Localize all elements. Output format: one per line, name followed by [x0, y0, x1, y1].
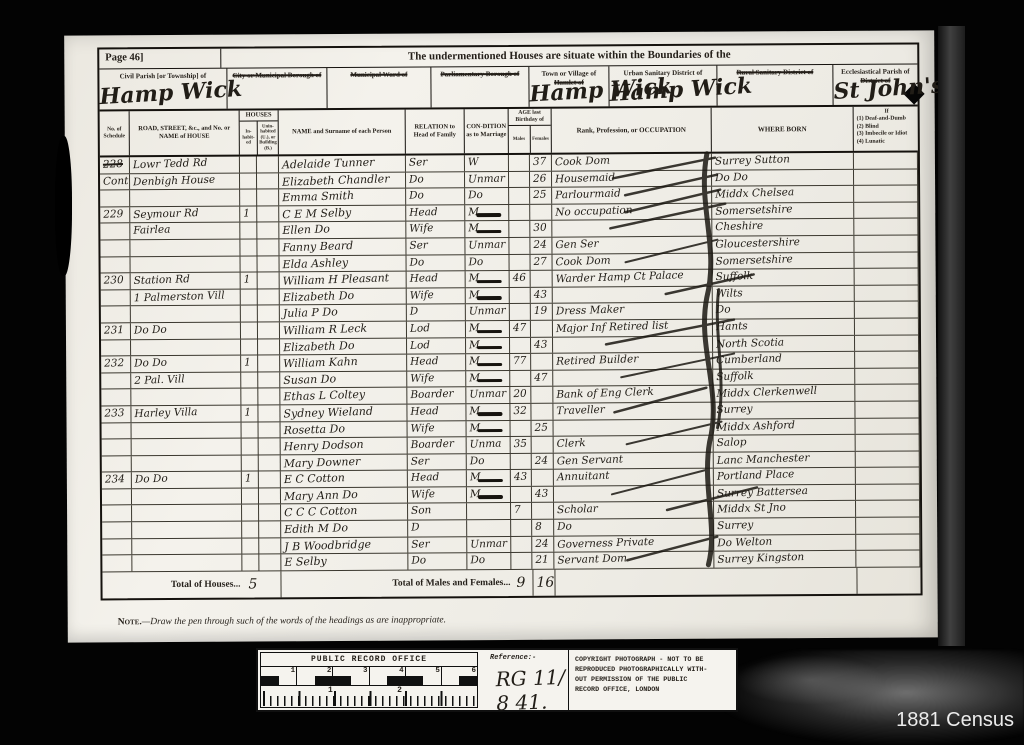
cell-oc: Scholar — [554, 502, 714, 519]
cell-nm: Ellen Do — [279, 222, 406, 238]
cell-am — [509, 188, 530, 204]
cell-af: 21 — [532, 553, 554, 569]
cell-oc: Warder Hamp Ct Palace — [553, 270, 713, 287]
handwritten-entry: Surrey Battersea — [717, 484, 808, 502]
handwritten-entry: Boarder — [410, 437, 454, 453]
handwritten-entry: Somersetshire — [715, 252, 793, 269]
reference-box: Reference:- RG 11/ 8 41. — [480, 650, 568, 710]
cell-oc: Retired Builder — [553, 353, 713, 370]
cell-ds — [855, 368, 919, 384]
cell-nm: Mary Ann Do — [281, 487, 408, 503]
cell-ih — [240, 156, 257, 172]
cell-uh — [258, 389, 280, 405]
copyright-notice: COPYRIGHT PHOTOGRAPH - NOT TO BEREPRODUC… — [568, 650, 736, 710]
cell-af — [532, 470, 554, 486]
handwritten-entry: Surrey Kingston — [717, 550, 804, 568]
handwritten-entry: Middx Chelsea — [715, 185, 794, 203]
cell-oc: Servant Dom — [554, 552, 714, 569]
cell-nm: Edith M Do — [281, 521, 408, 537]
col-males: Males — [509, 126, 531, 153]
cell-oc: Bank of Eng Clerk — [553, 386, 713, 403]
cell-af: 27 — [530, 254, 552, 270]
handwritten-entry: 30 — [533, 221, 547, 236]
handwritten-entry: Lod — [410, 321, 430, 337]
copyright-line: COPYRIGHT PHOTOGRAPH - NOT TO BE — [575, 655, 734, 665]
cell-uh — [258, 256, 280, 272]
handwritten-entry: Cook Dom — [555, 253, 611, 270]
cell-oc: Traveller — [553, 403, 713, 420]
cell-oc: Gen Servant — [554, 452, 714, 469]
cell-s: Cont — [100, 174, 130, 190]
cell-ds — [856, 551, 920, 567]
handwritten-entry: Do — [409, 255, 424, 270]
cell-rd — [132, 455, 242, 471]
cell-af — [531, 321, 553, 337]
handwritten-entry: 1 — [245, 472, 252, 487]
cell-nm: Emma Smith — [279, 189, 406, 205]
col-born: WHERE BORN — [712, 107, 854, 152]
cell-ds — [855, 318, 919, 334]
cell-oc: Do — [554, 519, 714, 536]
cell-bn: Do Do — [712, 169, 854, 185]
handwritten-entry: Surrey Sutton — [715, 152, 790, 169]
col-houses-group: HOUSES In-habit-ed Unin-habited (U.), or… — [240, 110, 279, 154]
cell-oc: Clerk — [554, 436, 714, 453]
cell-oc: Parlourmaid — [552, 187, 712, 204]
cell-uh — [259, 505, 281, 521]
cell-rd: Lowr Tedd Rd — [130, 157, 240, 173]
public-record-office-strip: PUBLIC RECORD OFFICE 123456 1 2 Referenc… — [256, 648, 738, 712]
handwritten-entry: Parlourmaid — [555, 187, 621, 204]
cell-af — [531, 354, 553, 370]
cell-bn: Gloucestershire — [712, 236, 854, 252]
col-inhabited: In-habit-ed — [240, 121, 259, 154]
total-females-value: 16 — [533, 570, 555, 596]
cell-s — [102, 556, 132, 572]
handwritten-entry: C C C Cotton — [284, 503, 358, 520]
ruler-number: 6 — [472, 667, 477, 675]
cell-rd: Do Do — [132, 472, 242, 488]
handwritten-entry: 35 — [513, 437, 527, 452]
handwritten-entry: Elizabeth Do — [283, 337, 355, 354]
cell-bn: Wilts — [713, 286, 855, 302]
handwritten-entry: Mary Downer — [284, 454, 361, 471]
cell-ih — [241, 389, 258, 405]
handwritten-entry: 27 — [533, 254, 547, 269]
handwritten-entry: Do — [470, 553, 485, 568]
handwritten-entry: Denbigh House — [133, 172, 216, 190]
cell-uh — [259, 472, 281, 488]
cell-rl: Ser — [406, 238, 465, 254]
handwritten-entry: Middx St Jno — [717, 501, 786, 518]
handwritten-entry: Station Rd — [133, 272, 190, 289]
handwritten-entry: North Scotia — [716, 335, 785, 352]
handwritten-entry: Scholar — [557, 502, 598, 518]
handwritten-entry: 1 — [243, 206, 250, 221]
ink-dash — [476, 230, 501, 233]
ink-dash — [478, 495, 503, 498]
ruler-inch-1: 1 — [261, 667, 297, 685]
handwritten-entry: E Selby — [284, 554, 327, 570]
ruler-inch-5: 5 — [406, 667, 442, 685]
cell-oc — [554, 486, 714, 503]
film-edge-strip — [938, 26, 965, 646]
cell-am — [510, 337, 531, 353]
cell-nm: C E M Selby — [279, 205, 406, 221]
cell-bn: Cumberland — [713, 352, 855, 368]
handwritten-entry: Head — [409, 205, 438, 221]
cell-rl: Do — [408, 553, 467, 569]
handwritten-entry: Wife — [411, 487, 436, 503]
handwritten-entry: M — [469, 321, 480, 336]
handwritten-entry: Head — [409, 271, 438, 287]
cell-af: 37 — [530, 155, 552, 171]
handwritten-entry: Adelaide Tunner — [282, 155, 375, 173]
cell-s: 234 — [102, 473, 132, 489]
cell-s: 232 — [101, 356, 131, 372]
cell-nm: C C C Cotton — [281, 504, 408, 520]
handwritten-entry: Do Do — [134, 356, 167, 372]
handwritten-entry: M — [469, 404, 480, 419]
cell-cd: M — [467, 487, 511, 503]
census-watermark: 1881 Census — [896, 709, 1014, 732]
cell-cd: M — [466, 354, 510, 370]
handwritten-entry: Wilts — [716, 286, 743, 302]
header-box-label: Municipal Ward of — [327, 70, 430, 79]
col-females: Females — [530, 126, 551, 153]
cell-af — [532, 437, 554, 453]
ink-dash — [477, 329, 502, 332]
cell-rl: Wife — [407, 288, 466, 304]
handwritten-entry: Seymour Rd — [133, 206, 199, 223]
ink-dash — [477, 346, 502, 349]
handwritten-entry: D — [411, 520, 420, 535]
handwritten-entry: William R Leck — [283, 321, 368, 339]
cell-ih — [242, 538, 259, 554]
handwritten-entry: Clerk — [556, 436, 585, 452]
cell-uh — [259, 438, 281, 454]
handwritten-entry: Gloucestershire — [715, 235, 800, 253]
cell-uh — [258, 372, 280, 388]
cell-bn: Middx St Jno — [714, 501, 856, 517]
cell-am: 47 — [510, 321, 531, 337]
cell-am — [511, 487, 532, 503]
cell-rl: Head — [407, 404, 466, 420]
cell-rd: Harley Villa — [131, 405, 241, 421]
cell-s — [100, 190, 130, 206]
cell-rl: D — [408, 520, 467, 536]
cell-am — [511, 454, 532, 470]
handwritten-entry: Governess Private — [557, 534, 654, 552]
handwritten-entry: Unmar — [470, 536, 507, 552]
handwritten-entry: M — [470, 487, 481, 502]
header-box-label: City or Municipal Borough of — [227, 71, 326, 80]
handwritten-entry: Sydney Wieland — [283, 404, 373, 422]
page-number-label: Page 46] — [99, 49, 221, 69]
cell-s — [102, 423, 132, 439]
total-males-value: 9 — [512, 570, 533, 596]
handwritten-entry: Wife — [410, 371, 435, 387]
handwritten-entry: Ser — [411, 537, 430, 553]
col-age-group: AGE last Birthday of Males Females — [509, 109, 552, 153]
cell-cd: Unmar — [466, 304, 510, 320]
handwritten-entry: 24 — [533, 238, 547, 253]
cell-ds — [856, 518, 920, 534]
cell-ih: 1 — [241, 273, 258, 289]
reference-number: RG 11/ 8 41. — [495, 665, 569, 715]
cell-ih — [241, 256, 258, 272]
handwritten-entry: Henry Dodson — [283, 437, 363, 455]
handwritten-entry: Middx Ashford — [716, 418, 795, 436]
handwritten-entry: Unma — [469, 437, 501, 453]
cell-rd — [131, 389, 241, 405]
cell-cd: M — [466, 271, 510, 287]
handwritten-entry: Head — [410, 404, 439, 420]
cell-af: 30 — [530, 221, 552, 237]
cell-af: 24 — [530, 238, 552, 254]
cell-cd: M — [465, 205, 509, 221]
disability-item: (4) Lunatic — [857, 138, 917, 146]
handwritten-entry: William Kahn — [283, 354, 358, 371]
cell-rl: Head — [406, 205, 465, 221]
cell-rl: Ser — [408, 537, 467, 553]
header-box-label: Parliamentary Borough of — [431, 70, 528, 79]
handwritten-entry: 25 — [533, 188, 547, 203]
cell-rl: Wife — [407, 371, 466, 387]
handwritten-entry: Major Inf Retired list — [556, 318, 669, 337]
cell-bn: Somersetshire — [712, 203, 854, 219]
cell-af: 47 — [531, 370, 553, 386]
cell-af: 25 — [532, 420, 554, 436]
cell-rl: Lod — [407, 338, 466, 354]
ink-dash — [476, 213, 501, 216]
handwritten-entry: Son — [411, 504, 432, 520]
cell-cd: Do — [465, 188, 509, 204]
cell-s — [101, 390, 131, 406]
handwritten-entry: No occupation — [555, 203, 633, 220]
cell-bn: Suffolk — [713, 269, 855, 285]
cell-rd — [132, 422, 242, 438]
handwritten-entry: 1 — [244, 356, 251, 371]
handwritten-entry: Do Do — [135, 472, 168, 488]
cell-am — [510, 371, 531, 387]
handwritten-entry: Ser — [409, 238, 428, 254]
header-box-handwritten-value: Hamp Wick — [99, 76, 243, 112]
cell-cd: M — [465, 221, 509, 237]
cell-ih — [240, 173, 257, 189]
handwritten-entry: M — [470, 470, 481, 485]
cell-oc: Annuitant — [554, 469, 714, 486]
handwritten-entry: Do — [557, 519, 572, 534]
cell-nm: J B Woodbridge — [281, 537, 408, 553]
handwritten-entry: Ser — [409, 155, 428, 171]
cell-rl: Do — [406, 172, 465, 188]
cell-nm: Adelaide Tunner — [279, 156, 406, 172]
col-schedule: No. of Schedule — [100, 111, 130, 155]
handwritten-entry: M — [468, 271, 479, 286]
cell-ds — [855, 352, 919, 368]
cell-ds — [854, 235, 918, 251]
cell-s — [101, 340, 131, 356]
cell-am: 43 — [511, 470, 532, 486]
cell-ih — [241, 289, 258, 305]
handwritten-entry: M — [469, 338, 480, 353]
cell-nm: Susan Do — [280, 371, 407, 387]
handwritten-entry: Do — [409, 172, 424, 187]
cell-nm: Sydney Wieland — [280, 404, 407, 420]
cell-uh — [258, 355, 280, 371]
cell-rl: Head — [407, 354, 466, 370]
cell-cd: Unmar — [466, 387, 510, 403]
handwritten-entry: 229 — [103, 207, 124, 223]
cell-cd: Unmar — [467, 537, 511, 553]
cell-nm: E Selby — [281, 554, 408, 570]
cell-rl: Wife — [408, 421, 467, 437]
handwritten-entry: 43 — [514, 470, 528, 485]
cell-cd — [467, 503, 511, 519]
ink-dash — [477, 280, 502, 283]
cell-am — [509, 155, 530, 171]
handwritten-entry: 19 — [534, 304, 548, 319]
handwritten-entry: 47 — [513, 321, 527, 336]
cell-bn: Surrey — [714, 518, 856, 534]
cell-bn: Surrey Kingston — [714, 551, 856, 567]
cell-af: 24 — [532, 453, 554, 469]
cell-rd — [132, 505, 242, 521]
cell-bn: Somersetshire — [712, 252, 854, 268]
cell-s: 233 — [101, 406, 131, 422]
handwritten-entry: Surrey — [716, 402, 753, 418]
handwritten-entry: Wife — [410, 421, 435, 437]
cell-rd: Fairlea — [130, 223, 240, 239]
cell-ih — [241, 372, 258, 388]
total-mf-label: Total of Males and Females... — [281, 570, 512, 597]
cell-ds — [855, 335, 919, 351]
handwritten-entry: 43 — [534, 287, 548, 302]
handwritten-entry: M — [469, 420, 480, 435]
cell-uh — [258, 273, 280, 289]
cell-ih — [242, 522, 259, 538]
handwritten-entry: Unmar — [468, 171, 505, 187]
cell-af — [531, 404, 553, 420]
header-box-1: Civil Parish [or Township] ofHamp Wick — [99, 69, 227, 110]
cell-rd — [130, 240, 240, 256]
cell-cd: Do — [467, 454, 511, 470]
district-header-boxes: Civil Parish [or Township] ofHamp WickCi… — [99, 64, 917, 111]
cell-rl: D — [407, 305, 466, 321]
cell-ih — [242, 439, 259, 455]
cell-nm: Julia P Do — [280, 305, 407, 321]
cell-rd: Station Rd — [131, 273, 241, 289]
handwritten-entry: J B Woodbridge — [284, 536, 371, 554]
cell-bn: Portland Place — [714, 468, 856, 484]
cell-af: 43 — [531, 337, 553, 353]
cell-s — [101, 257, 131, 273]
cell-bn: Middx Chelsea — [712, 186, 854, 202]
cell-ih — [241, 306, 258, 322]
handwritten-entry: Hants — [716, 319, 748, 335]
cell-bn: Salop — [714, 435, 856, 451]
handwritten-entry: Cont — [103, 174, 129, 190]
handwritten-entry: 2 Pal. Vill — [134, 372, 185, 389]
ruler-number: 4 — [399, 667, 404, 675]
handwritten-entry: Ellen Do — [282, 222, 330, 239]
cell-nm: William Kahn — [280, 355, 407, 371]
cell-nm: Fanny Beard — [279, 239, 406, 255]
cell-oc: Major Inf Retired list — [553, 320, 713, 337]
cell-rd — [132, 555, 242, 571]
ruler-number: 1 — [291, 667, 296, 675]
cell-cd: M — [467, 470, 511, 486]
ruler-inches: 123456 — [261, 667, 477, 686]
handwritten-entry: 24 — [535, 536, 549, 551]
cell-am — [511, 536, 532, 552]
cell-rd — [131, 339, 241, 355]
handwritten-entry: Servant Dom — [557, 552, 627, 569]
cell-oc: Governess Private — [554, 535, 714, 552]
cell-uh — [259, 422, 281, 438]
cell-ih: 1 — [241, 356, 258, 372]
reference-label: Reference:- — [480, 650, 568, 662]
handwritten-entry: 7 — [514, 503, 521, 518]
cell-am — [509, 171, 530, 187]
cell-ds — [856, 435, 920, 451]
film-blot — [55, 136, 72, 276]
cell-ds — [856, 501, 920, 517]
cell-nm: Elizabeth Chandler — [279, 172, 406, 188]
cell-rl: Ser — [406, 155, 465, 171]
cell-af: 43 — [531, 287, 553, 303]
cell-rd — [131, 306, 241, 322]
film-noise-2 — [735, 655, 885, 705]
handwritten-entry: Harley Villa — [134, 405, 197, 422]
cell-ds — [854, 219, 918, 235]
handwritten-entry: 77 — [513, 354, 527, 369]
handwritten-entry: 1 — [243, 273, 250, 288]
cell-nm: Mary Downer — [281, 454, 408, 470]
handwritten-entry: Suffolk — [715, 269, 753, 285]
cell-ih: 1 — [242, 472, 259, 488]
cell-am — [509, 238, 530, 254]
handwritten-entry: Lowr Tedd Rd — [133, 156, 208, 173]
cell-s — [102, 506, 132, 522]
cell-oc — [553, 286, 713, 303]
cell-af: 8 — [532, 520, 554, 536]
handwritten-entry: Middx Clerkenwell — [716, 384, 817, 402]
cell-s — [102, 522, 132, 538]
cell-ds — [856, 484, 920, 500]
cell-rd — [130, 190, 240, 206]
handwritten-entry: Do — [716, 303, 731, 318]
cell-am: 35 — [511, 437, 532, 453]
handwritten-entry: Housemaid — [555, 170, 616, 187]
cell-bn: Surrey — [713, 402, 855, 418]
handwritten-entry: 230 — [103, 273, 124, 289]
footnote: Note.—Draw the pen through such of the w… — [118, 615, 446, 627]
col-road: ROAD, STREET, &c., and No. or NAME of HO… — [130, 111, 240, 156]
handwritten-entry: Portland Place — [717, 467, 795, 484]
cell-s — [100, 224, 130, 240]
handwritten-entry: Surrey — [717, 518, 754, 534]
ruler-inch-4: 4 — [370, 667, 406, 685]
handwritten-entry: Cook Dom — [555, 154, 611, 171]
handwritten-entry: M — [468, 221, 479, 236]
header-box-handwritten-value: St John's — [833, 72, 944, 106]
ink-dash — [478, 429, 503, 432]
cell-oc — [552, 220, 712, 237]
handwritten-entry: Warder Hamp Ct Palace — [555, 268, 683, 287]
handwritten-entry: W — [468, 155, 479, 170]
